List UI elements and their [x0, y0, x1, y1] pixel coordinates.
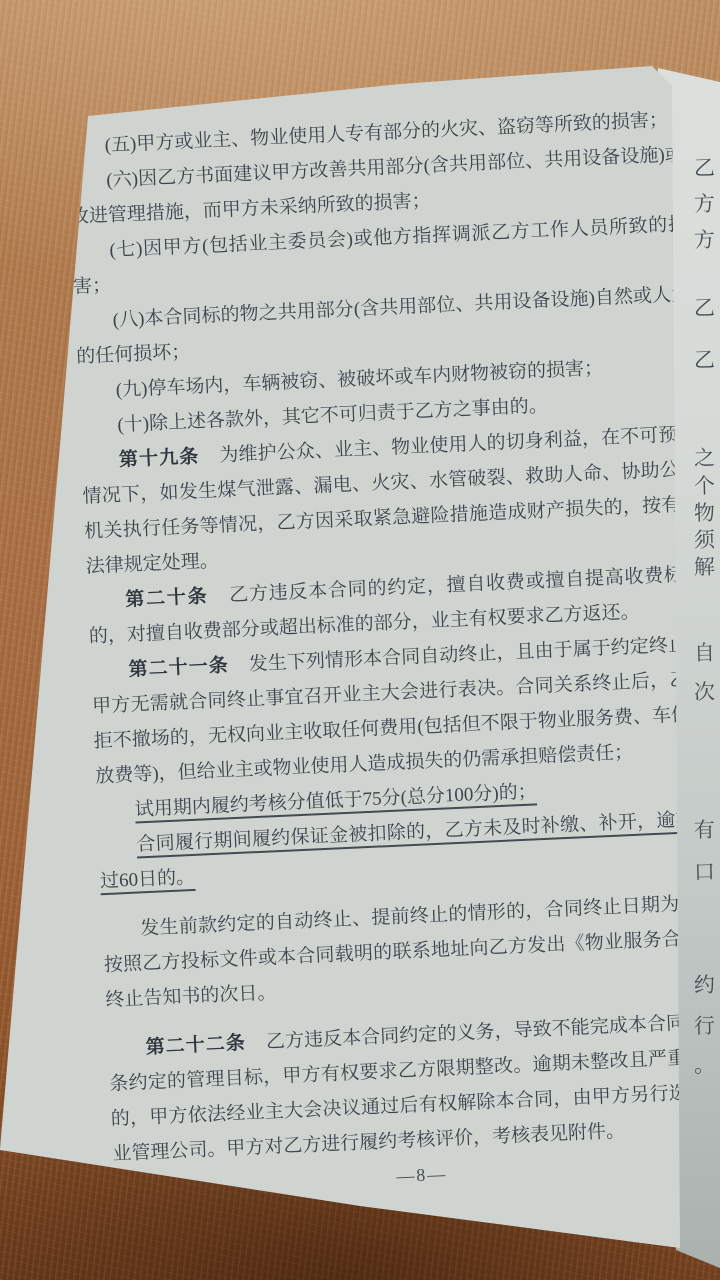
edge-glyph: 自: [694, 643, 716, 665]
edge-glyph: 方: [694, 194, 716, 216]
desk-background: { "document": { "paragraphs": [ {"text":…: [0, 0, 720, 1280]
contract-text: (五)甲方或业主、物业使用人专有部分的火灾、盗窃等所致的损害；(六)因乙方书面建…: [66, 102, 720, 1207]
edge-glyph: 须: [694, 530, 716, 552]
paragraph: 发生前款约定的自动终止、提前终止的情形的，合同终止日期为甲方按照乙方投标文件或本…: [102, 885, 720, 1018]
clause-text: 发生前款约定的自动终止、提前终止的情形的，合同终止日期为甲方按照乙方投标文件或本…: [103, 892, 719, 1011]
contract-page: (五)甲方或业主、物业使用人专有部分的火灾、盗窃等所致的损害；(六)因乙方书面建…: [0, 0, 720, 1280]
edge-glyph: 解: [694, 557, 716, 579]
paragraph: 第二十二条 乙方违反本合同约定的义务，导致不能完成本合同第四条约定的管理目标，甲…: [107, 1004, 720, 1172]
clause-label: 第十九条: [119, 445, 220, 471]
paragraph: 第十九条 为维护公众、业主、物业使用人的切身利益，在不可预见情况下，如发生煤气泄…: [80, 417, 702, 585]
clause-label: 第二十二条: [145, 1032, 266, 1058]
edge-glyph: 约: [694, 975, 716, 997]
edge-glyph: 有: [694, 820, 716, 842]
edge-glyph: 。: [694, 1055, 716, 1077]
edge-glyph: 行: [694, 1016, 716, 1038]
edge-glyph: 个: [694, 476, 716, 498]
paragraph: 第二十一条 发生下列情形本合同自动终止，且由于属于约定终止，甲方无需就合同终止事…: [90, 627, 712, 795]
edge-glyph: 乙: [694, 158, 716, 180]
clause-label: 第二十条: [125, 585, 230, 611]
edge-glyph: 物: [694, 503, 716, 525]
edge-glyph: 之: [694, 448, 716, 470]
next-page-edge-text: 乙方方乙乙之个物须解自次有口约行。: [694, 0, 720, 1280]
edge-glyph: 乙: [694, 350, 716, 372]
edge-glyph: 口: [694, 862, 716, 884]
clause-label: 第二十一条: [128, 654, 249, 680]
edge-glyph: 次: [694, 682, 716, 704]
edge-glyph: 乙: [694, 298, 716, 320]
edge-glyph: 方: [694, 230, 716, 252]
